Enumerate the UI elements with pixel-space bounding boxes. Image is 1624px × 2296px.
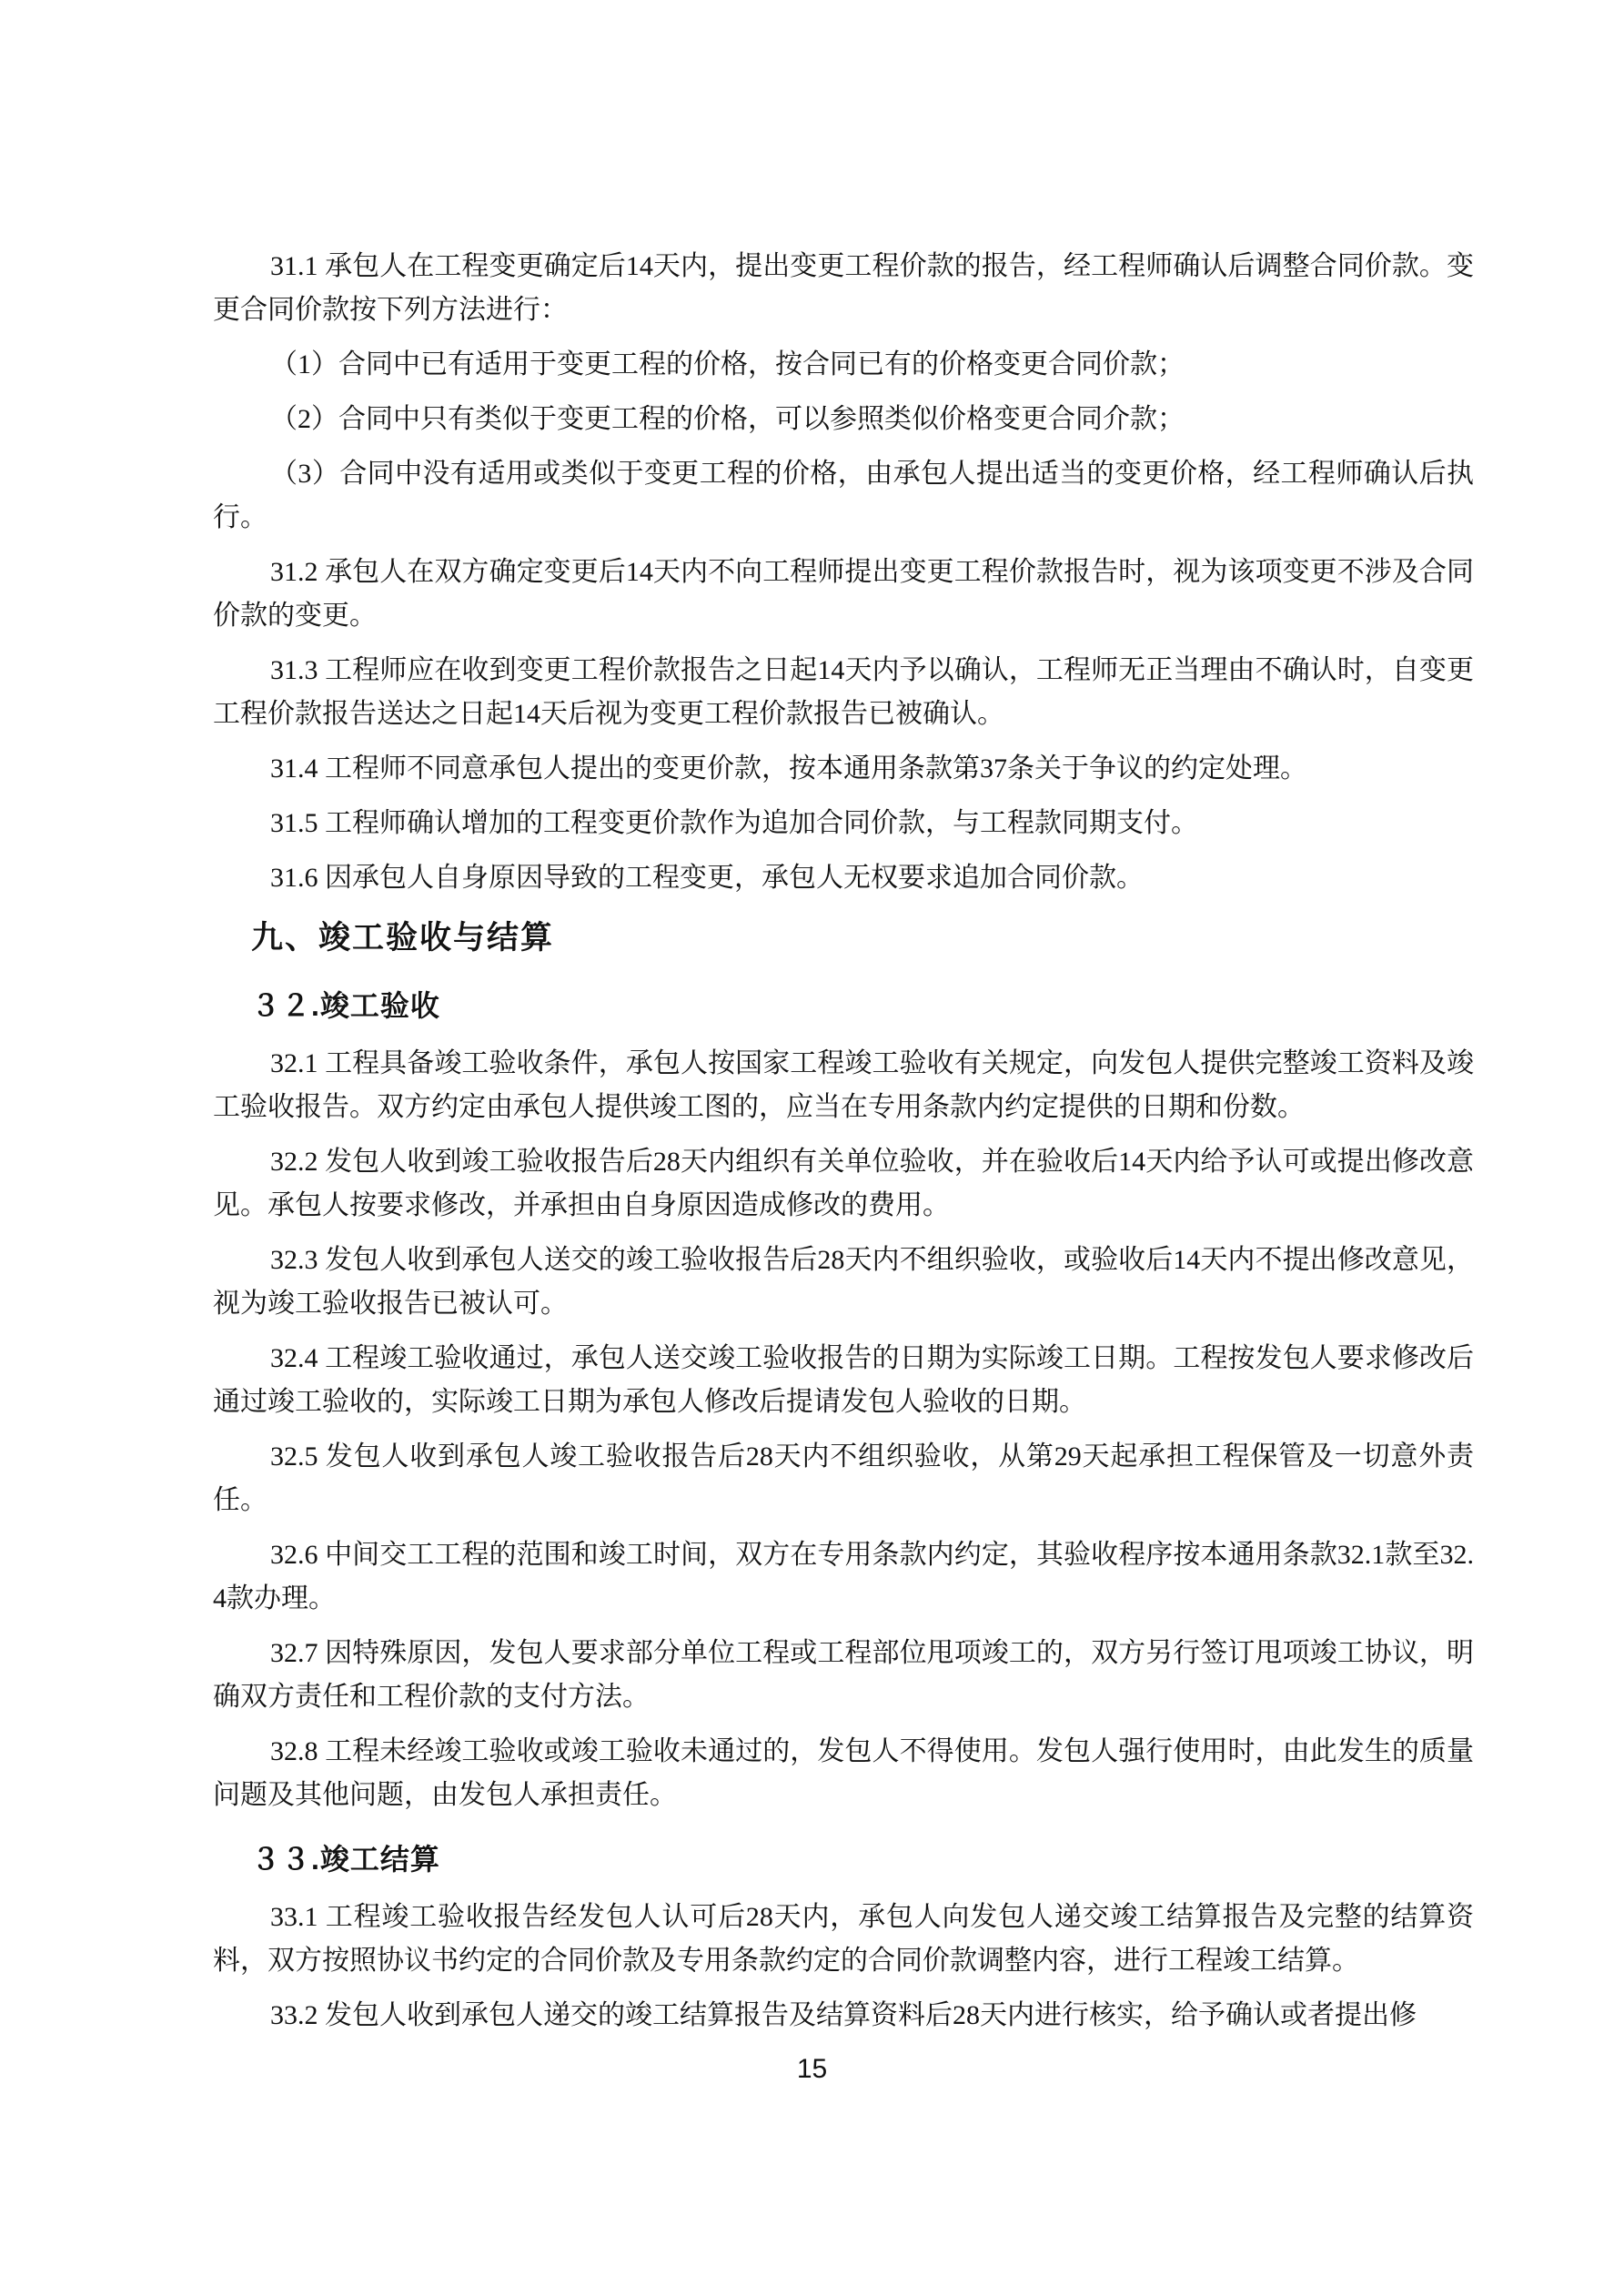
clause-paragraph: 32.7 因特殊原因，发包人要求部分单位工程或工程部位甩项竣工的，双方另行签订甩… [213,1632,1474,1719]
clause-paragraph: 31.1 承包人在工程变更确定后14天内，提出变更工程价款的报告，经工程师确认后… [213,245,1474,332]
clause-paragraph: （3）合同中没有适用或类似于变更工程的价格，由承包人提出适当的变更价格，经工程师… [213,452,1474,540]
clause-paragraph: 31.5 工程师确认增加的工程变更价款作为追加合同价款，与工程款同期支付。 [213,802,1474,845]
clause-paragraph: 32.5 发包人收到承包人竣工验收报告后28天内不组织验收，从第29天起承担工程… [213,1435,1474,1522]
clause-paragraph: （2）合同中只有类似于变更工程的价格，可以参照类似价格变更合同介款； [213,398,1474,441]
clause-paragraph: 31.6 因承包人自身原因导致的工程变更，承包人无权要求追加合同价款。 [213,856,1474,900]
document-page: 31.1 承包人在工程变更确定后14天内，提出变更工程价款的报告，经工程师确认后… [0,0,1624,2296]
clause-paragraph: 32.3 发包人收到承包人送交的竣工验收报告后28天内不组织验收，或验收后14天… [213,1239,1474,1326]
clause-paragraph: 33.2 发包人收到承包人递交的竣工结算报告及结算资料后28天内进行核实，给予确… [213,1994,1474,2038]
clause-paragraph: 33.1 工程竣工验收报告经发包人认可后28天内，承包人向发包人递交竣工结算报告… [213,1896,1474,1983]
clause-paragraph: 32.2 发包人收到竣工验收报告后28天内组织有关单位验收，并在验收后14天内给… [213,1140,1474,1228]
clause-paragraph: 32.8 工程未经竣工验收或竣工验收未通过的，发包人不得使用。发包人强行使用时，… [213,1730,1474,1817]
clause-heading: ３３.竣工结算 [213,1836,1474,1883]
document-content: 31.1 承包人在工程变更确定后14天内，提出变更工程价款的报告，经工程师确认后… [0,0,1624,2038]
clause-paragraph: （1）合同中已有适用于变更工程的价格，按合同已有的价格变更合同价款； [213,343,1474,387]
clause-paragraph: 32.1 工程具备竣工验收条件，承包人按国家工程竣工验收有关规定，向发包人提供完… [213,1042,1474,1129]
clause-paragraph: 31.2 承包人在双方确定变更后14天内不向工程师提出变更工程价款报告时，视为该… [213,551,1474,638]
clause-paragraph: 31.3 工程师应在收到变更工程价款报告之日起14天内予以确认，工程师无正当理由… [213,649,1474,736]
clause-heading: ３２.竣工验收 [213,982,1474,1029]
clause-paragraph: 32.4 工程竣工验收通过，承包人送交竣工验收报告的日期为实际竣工日期。工程按发… [213,1337,1474,1424]
clause-paragraph: 32.6 中间交工工程的范围和竣工时间，双方在专用条款内约定，其验收程序按本通用… [213,1533,1474,1621]
chapter-heading: 九、竣工验收与结算 [213,913,1474,964]
clause-paragraph: 31.4 工程师不同意承包人提出的变更价款，按本通用条款第37条关于争议的约定处… [213,747,1474,791]
page-number: 15 [0,2054,1624,2085]
